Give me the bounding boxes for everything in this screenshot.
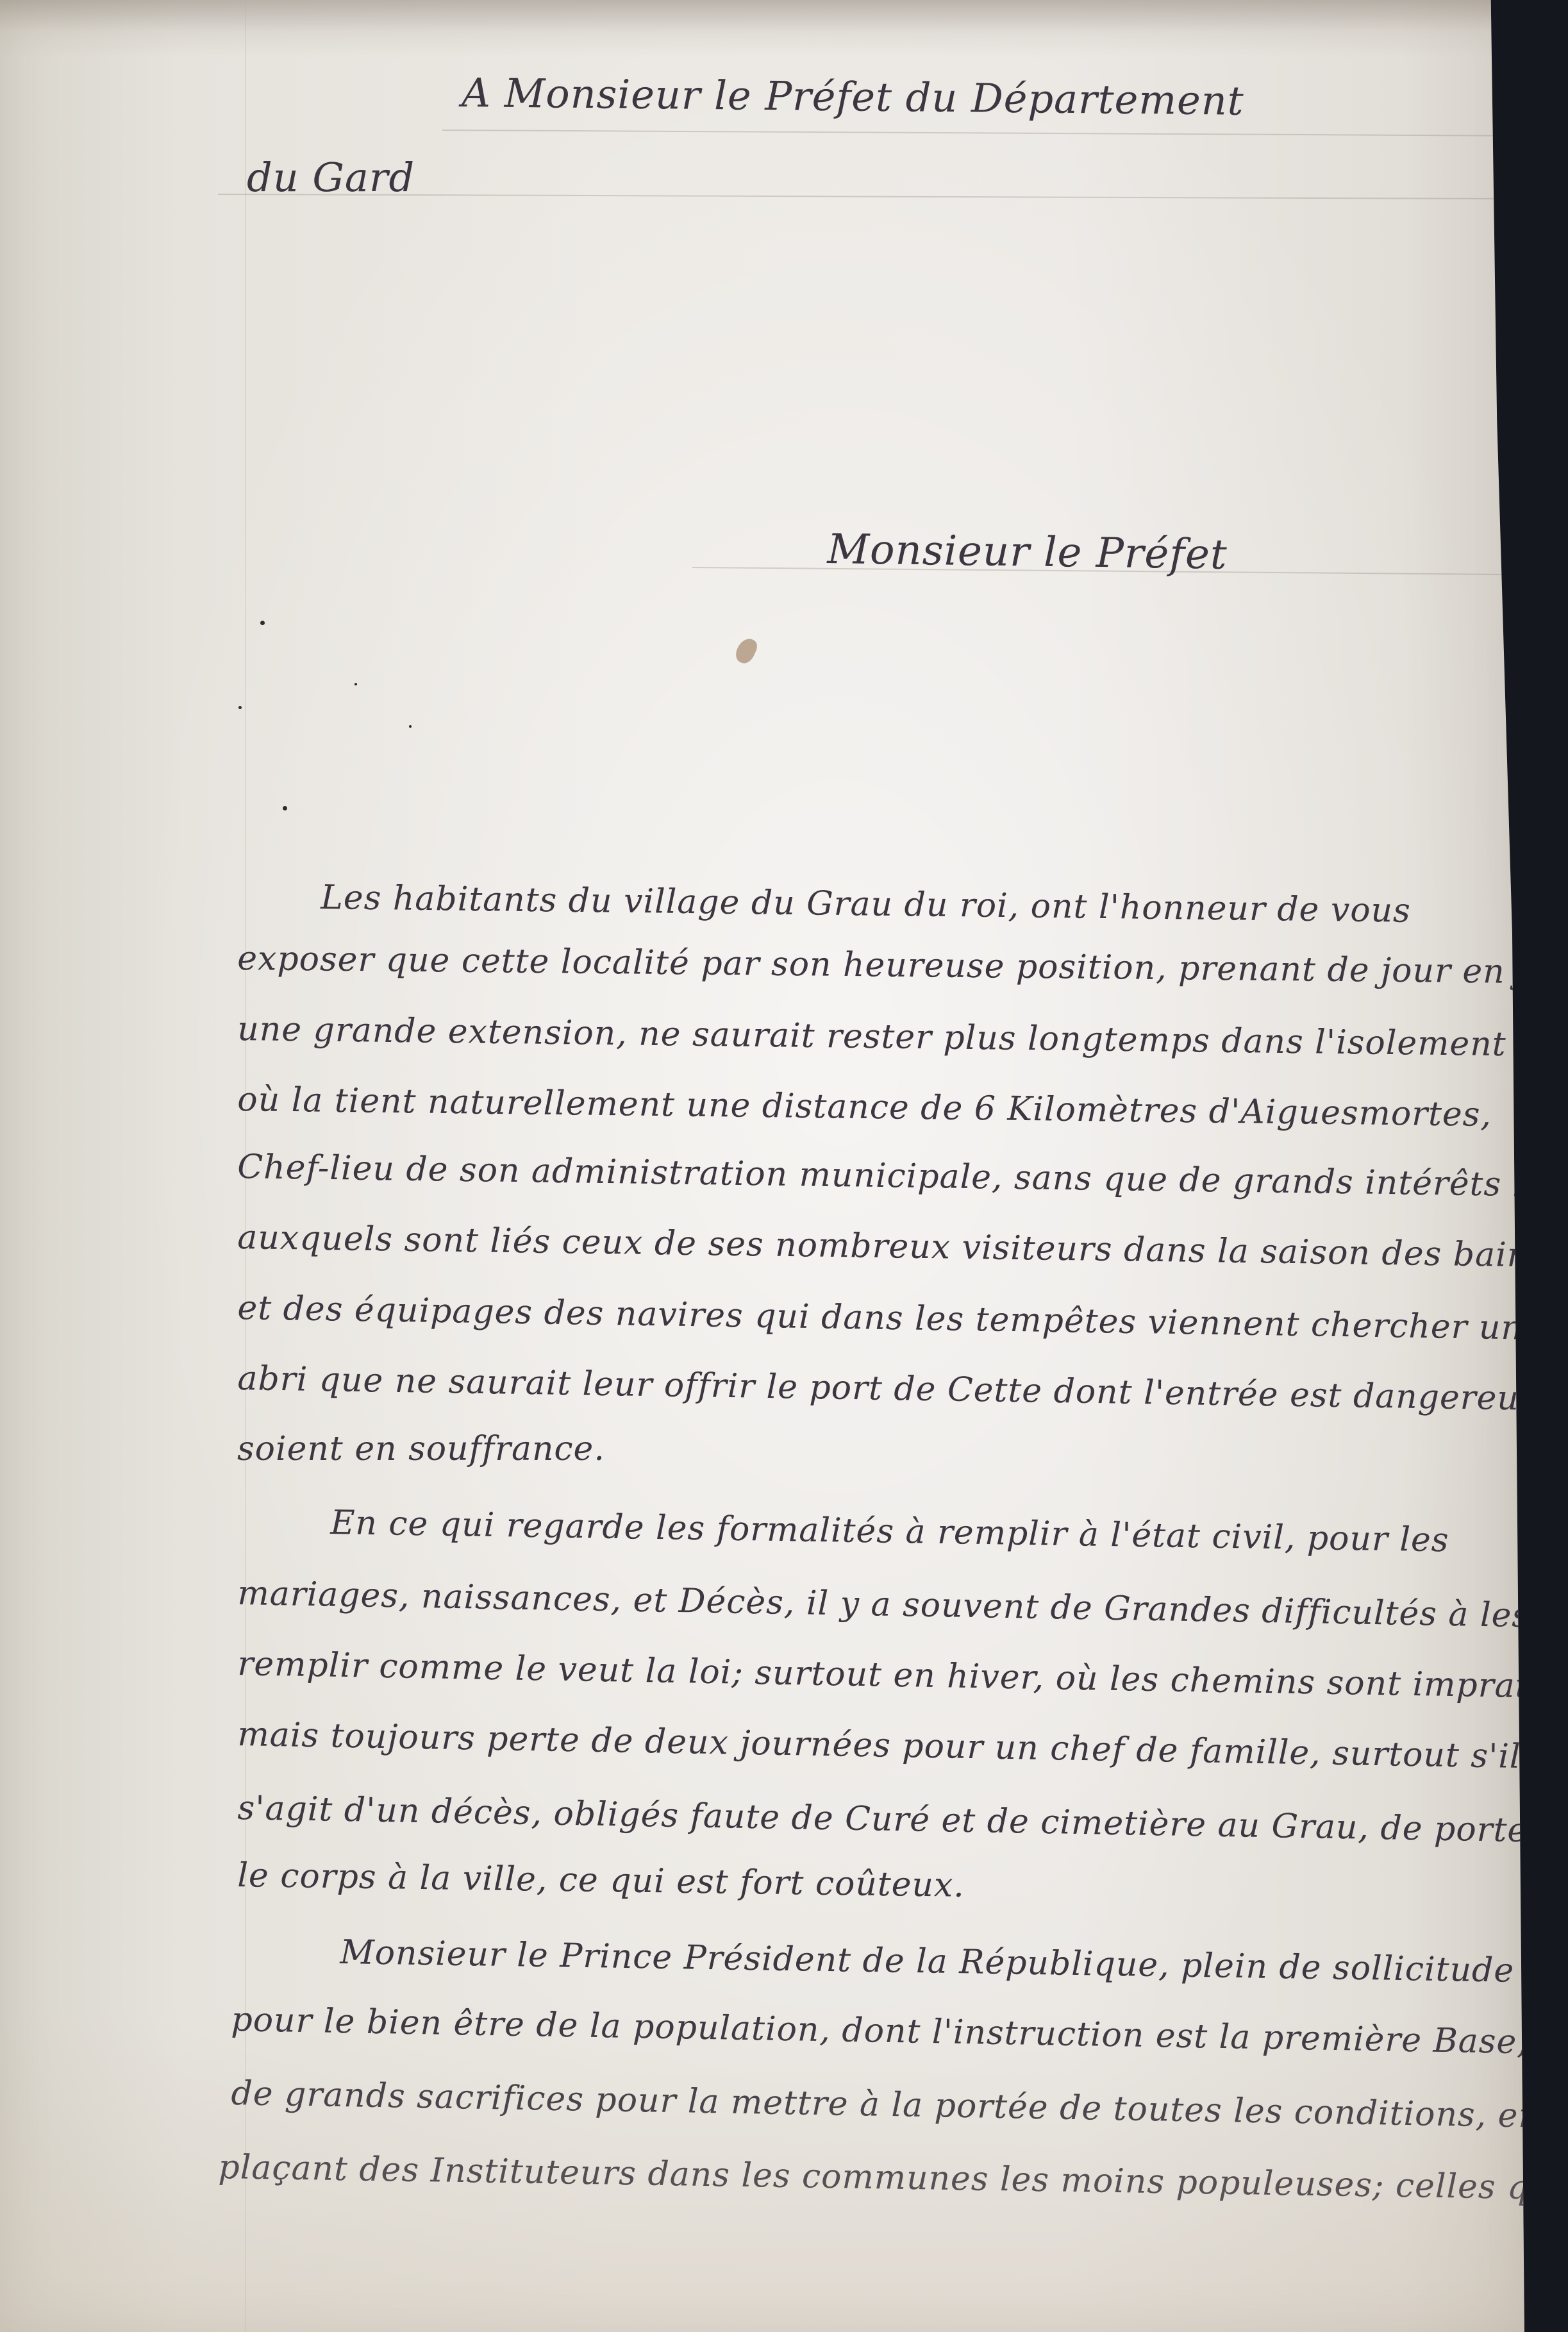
body-line: de grands sacrifices pour la mettre à la… — [231, 2074, 1541, 2136]
body-line: et des équipages des navires qui dans le… — [237, 1289, 1523, 1347]
body-line: une grande extension, ne saurait rester … — [237, 1010, 1506, 1064]
body-line: Monsieur le Prince Président de la Répub… — [340, 1933, 1515, 1990]
ink-speck — [260, 621, 265, 625]
body-line: où la tient naturellement une distance d… — [237, 1080, 1492, 1134]
address-line-1: A Monsieur le Préfet du Département — [462, 69, 1244, 124]
body-line: abri que ne saurait leur offrir le port … — [237, 1359, 1568, 1419]
ink-stain — [733, 635, 760, 666]
body-line: s'agit d'un décès, obligés faute de Curé… — [237, 1789, 1545, 1850]
body-line: Les habitants du village du Grau du roi,… — [321, 878, 1411, 930]
body-line: remplir comme le veut la loi; surtout en… — [237, 1645, 1568, 1707]
paper-sheet: A Monsieur le Préfet du Département du G… — [0, 0, 1524, 2332]
body-line: soient en souffrance. — [237, 1430, 605, 1468]
salutation: Monsieur le Préfet — [827, 526, 1228, 579]
ink-speck — [283, 806, 287, 810]
photo-stage: A Monsieur le Préfet du Département du G… — [0, 0, 1568, 2332]
body-line: mais toujours perte de deux journées pou… — [237, 1715, 1521, 1776]
ink-speck — [238, 706, 242, 709]
body-line: pour le bien être de la population, dont… — [231, 2001, 1568, 2063]
body-line: exposer que cette localité par son heure… — [237, 939, 1568, 992]
body-line: mariages, naissances, et Décès, il y a s… — [237, 1574, 1530, 1635]
address-line-2: du Gard — [247, 154, 415, 201]
ink-speck — [354, 683, 357, 685]
body-line: plaçant des Instituteurs dans les commun… — [218, 2148, 1563, 2208]
ruled-line — [442, 130, 1519, 137]
body-line: En ce qui regarde les formalités à rempl… — [330, 1504, 1449, 1559]
body-line: le corps à la ville, ce qui est fort coû… — [237, 1856, 965, 1905]
body-line: Chef-lieu de son administration municipa… — [237, 1148, 1568, 1205]
body-line: auxquels sont liés ceux de ses nombreux … — [237, 1218, 1558, 1275]
ink-speck — [409, 725, 412, 728]
